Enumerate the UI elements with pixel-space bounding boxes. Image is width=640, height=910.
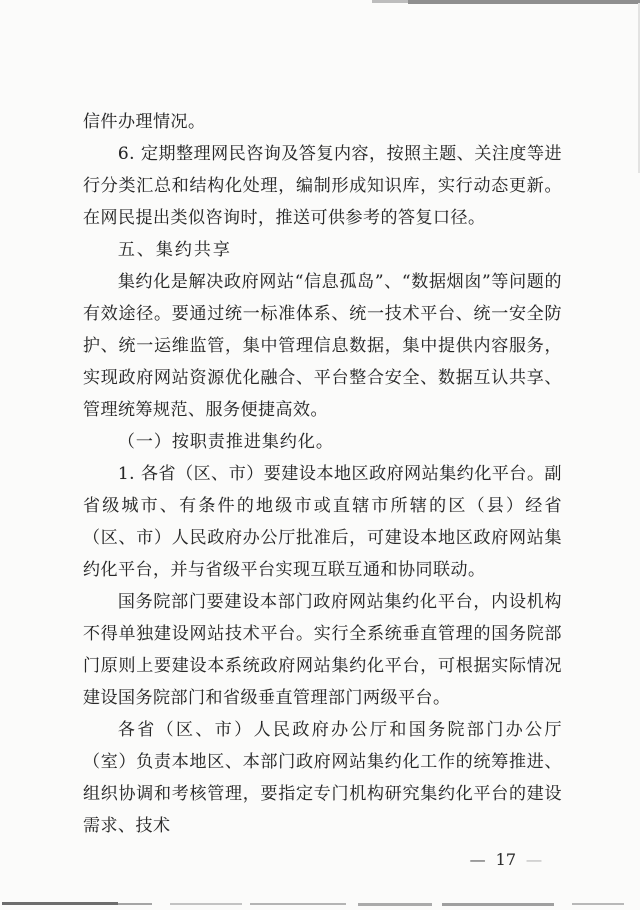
scan-artifact-bottom-line-5 — [358, 903, 432, 906]
paragraph-continuation: 信件办理情况。 — [83, 106, 562, 138]
paragraph-provincial-platforms: 1. 各省（区、市）要建设本地区政府网站集约化平台。副省级城市、有条件的地级市或… — [83, 458, 562, 586]
page-number-dash-left: — — [470, 850, 486, 869]
scan-artifact-bottom-line-2 — [118, 903, 152, 905]
paragraph-item-6: 6. 定期整理网民咨询及答复内容，按照主题、关注度等进行分类汇总和结构化处理，编… — [83, 138, 562, 234]
subsection-heading-1: （一）按职责推进集约化。 — [83, 426, 562, 458]
paragraph-responsibility-management: 各省（区、市）人民政府办公厅和国务院部门办公厅（室）负责本地区、本部门政府网站集… — [83, 714, 562, 842]
paragraph-state-council-departments: 国务院部门要建设本部门政府网站集约化平台，内设机构不得单独建设网站技术平台。实行… — [83, 586, 562, 714]
scanned-document-page: { "meta": { "paper_color": "#fbfbfa", "i… — [0, 0, 640, 910]
page-number-dash-right: — — [526, 850, 542, 869]
section-heading-5: 五、集约共享 — [83, 234, 562, 266]
document-body: 信件办理情况。 6. 定期整理网民咨询及答复内容，按照主题、关注度等进行分类汇总… — [83, 106, 562, 871]
scan-artifact-bottom-line-6 — [442, 903, 554, 906]
scan-artifact-bottom-line-4 — [250, 903, 346, 905]
page-number-value: 17 — [486, 850, 526, 869]
page-number: —17— — [83, 849, 562, 871]
scan-artifact-top-line-dark — [408, 0, 640, 4]
paragraph-intensification-intro: 集约化是解决政府网站“信息孤岛”、“数据烟囱”等问题的有效途径。要通过统一标准体… — [83, 266, 562, 426]
scan-artifact-top-line-light — [372, 0, 408, 3]
scan-artifact-bottom-line-1 — [2, 902, 118, 905]
scan-artifact-bottom-line-3 — [170, 903, 242, 905]
scan-artifact-bottom-line-7 — [572, 903, 624, 905]
